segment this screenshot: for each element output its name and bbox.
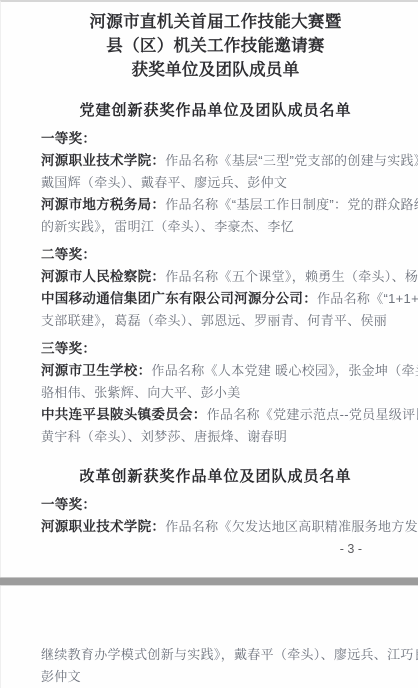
entry-line: 骆相伟、张紫辉、向大平、彭小美 [41,382,390,404]
entry-line: 河源职业技术学院：作品名称《基层“三型”党支部的创建与实践》， [41,150,390,172]
entry-line: 河源职业技术学院：作品名称《欠发达地区高职精准服务地方发展 [41,516,390,538]
entry-line: 河源市地方税务局：作品名称《“基层工作日制度”：党的群众路线 [41,194,390,216]
section-heading: 党建创新获奖作品单位及团队成员名单 [41,100,390,122]
unit-name-text: 中共连平县陂头镇委员会： [41,407,207,422]
unit-name-text: 三等奖： [41,341,96,356]
award-label: 一等奖： [41,494,390,516]
entry-text: 支部联建》，葛磊（牵头）、郭恩远、罗丽青、何青平、侯丽 [41,313,387,328]
unit-name-text: 河源市直机关首届工作技能大赛暨 [90,13,342,31]
entry-text: 作品名称《“基层工作日制度”：党的群众路线 [165,197,418,212]
document-viewer: { "page3": { "title_lines": [ "河源市直机关首届工… [0,0,418,690]
entry-text: 作品名称《“1+1+N” [317,291,418,306]
unit-name-text: 河源市地方税务局： [41,197,165,212]
entry-line: 黄宇科（牵头）、刘梦莎、唐振烽、谢春明 [41,426,390,448]
entry-line: 继续教育办学模式创新与实践》，戴春平（牵头）、廖远兵、江巧良、 [41,644,390,666]
unit-name-text: 一等奖： [41,131,96,146]
unit-name-text: 河源职业技术学院： [41,153,165,168]
award-label: 一等奖： [41,128,390,150]
entry-line: 中国移动通信集团广东有限公司河源分公司：作品名称《“1+1+N” [41,288,390,310]
unit-name-text: 获奖单位及团队成员单 [132,61,300,79]
entry-text: 作品名称《基层“三型”党支部的创建与实践》， [165,153,418,168]
award-label: 二等奖： [41,244,390,266]
entry-line: 戴国辉（牵头）、戴春平、廖远兵、彭仲文 [41,172,390,194]
award-label: 三等奖： [41,338,390,360]
page-3-body: 党建创新获奖作品单位及团队成员名单一等奖：河源职业技术学院：作品名称《基层“三型… [41,100,390,538]
entry-text: 的新实践》，雷明江（牵头）、李豪杰、李忆 [41,219,294,234]
title-line: 县（区）机关工作技能邀请赛 [41,34,390,58]
entry-text: 戴国辉（牵头）、戴春平、廖远兵、彭仲文 [41,175,287,190]
title-line: 河源市直机关首届工作技能大赛暨 [41,10,390,34]
unit-name-text: 河源职业技术学院： [41,519,165,534]
title-line: 获奖单位及团队成员单 [41,58,390,82]
entry-text: 黄宇科（牵头）、刘梦莎、唐振烽、谢春明 [41,429,287,444]
unit-name-text: 县（区）机关工作技能邀请赛 [106,37,324,55]
entry-line: 中共连平县陂头镇委员会：作品名称《党建示范点--党员星级评比》 [41,404,390,426]
page-4: 继续教育办学模式创新与实践》，戴春平（牵头）、廖远兵、江巧良、彭仲文 [0,586,418,688]
page-3: 河源市直机关首届工作技能大赛暨县（区）机关工作技能邀请赛获奖单位及团队成员单 党… [0,0,418,577]
entry-line: 支部联建》，葛磊（牵头）、郭恩远、罗丽青、何青平、侯丽 [41,310,390,332]
entry-line: 河源市卫生学校：作品名称《人本党建 暖心校园》，张金坤（牵头）、 [41,360,390,382]
entry-line: 的新实践》，雷明江（牵头）、李豪杰、李忆 [41,216,390,238]
entry-text: 骆相伟、张紫辉、向大平、彭小美 [41,385,241,400]
unit-name-text: 二等奖： [41,247,96,262]
entry-text: 彭仲文 [41,669,81,684]
page-number: - 3 - [41,538,390,560]
doc-title: 河源市直机关首届工作技能大赛暨县（区）机关工作技能邀请赛获奖单位及团队成员单 [41,10,390,82]
unit-name-text: 河源市人民检察院： [41,269,165,284]
entry-text: 作品名称《五个课堂》，赖勇生（牵头）、杨林华 [165,269,418,284]
entry-line: 河源市人民检察院：作品名称《五个课堂》，赖勇生（牵头）、杨林华 [41,266,390,288]
entry-text: 作品名称《人本党建 暖心校园》，张金坤（牵头）、 [151,363,418,378]
unit-name-text: 河源市卫生学校： [41,363,151,378]
entry-line: 彭仲文 [41,666,390,688]
page-separator [0,577,418,586]
page-4-body: 继续教育办学模式创新与实践》，戴春平（牵头）、廖远兵、江巧良、彭仲文 [41,644,390,688]
unit-name-text: 中国移动通信集团广东有限公司河源分公司： [41,291,317,306]
section-heading: 改革创新获奖作品单位及团队成员名单 [41,466,390,488]
entry-text: 继续教育办学模式创新与实践》，戴春平（牵头）、廖远兵、江巧良、 [41,647,418,662]
entry-text: 作品名称《欠发达地区高职精准服务地方发展 [165,519,418,534]
entry-text: 作品名称《党建示范点--党员星级评比》 [207,407,418,422]
unit-name-text: 一等奖： [41,497,96,512]
